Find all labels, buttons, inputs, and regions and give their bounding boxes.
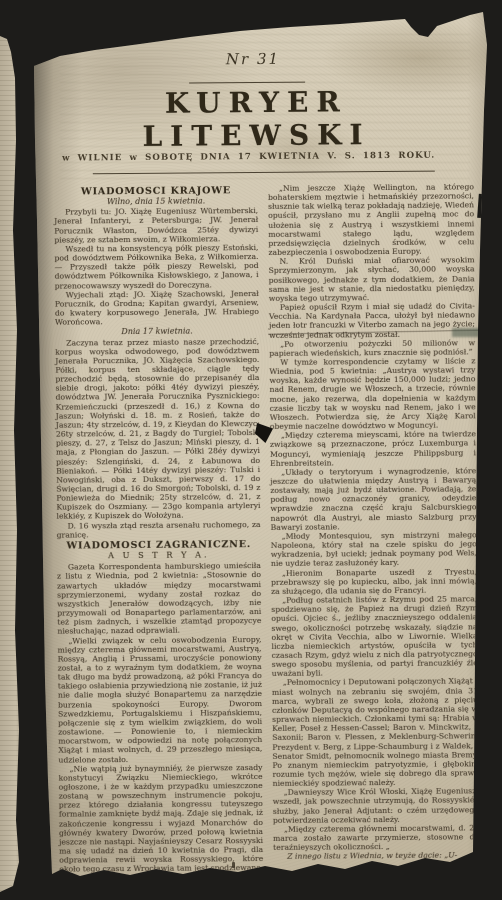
- paragraph: „Podług ostatnich listów z Rzymu pod 25 …: [271, 594, 478, 678]
- date-subheading: Dnia 17 kwietnia.: [55, 326, 259, 337]
- paragraph: Wszedł tu na konsystencyą półk pieszy Es…: [54, 243, 258, 290]
- paragraph: Zaczyna teraz przez miasto nasze przecho…: [55, 337, 260, 522]
- text-column-left: WIADOMOSCI KRAJOWEWilno, dnia 15 kwietni…: [54, 184, 264, 892]
- torn-edge-nick: [477, 194, 486, 218]
- paragraph: Wyjechali ztąd: JO. Xiążę Szachowski, Je…: [55, 289, 259, 327]
- text-columns: WIADOMOSCI KRAJOWEWilno, dnia 15 kwietni…: [54, 182, 480, 892]
- printers-mark: [232, 862, 235, 868]
- paragraph: „Wielki związek w celu oswobodzenia Euro…: [57, 634, 262, 764]
- text-column-right: „Nim jeszcze Xiążę Wellington, na któreg…: [268, 182, 480, 890]
- paragraph: „Pełnomocnicy i Deputowani połączonych X…: [272, 677, 479, 788]
- paragraph: W tymże korrespondencie czytamy w liście…: [269, 356, 476, 431]
- paragraph: Z innego listu z Wiednia, w teyże dacie:…: [273, 851, 479, 862]
- paragraph: „Po otworzeniu pożyczki 50 milionów w pa…: [269, 338, 475, 358]
- paragraph: „Między czterema mieyscami, które na twi…: [270, 430, 476, 468]
- paragraph: N. Król Duński miał ofiarować wysokim Sp…: [268, 256, 474, 303]
- paragraph: „Nim jeszcze Xiążę Wellington, na któreg…: [268, 182, 475, 257]
- date-subheading: Wilno, dnia 15 kwietnia.: [54, 196, 258, 207]
- paragraph: „Układy o terytoryum i wynagrodzenie, kt…: [270, 466, 476, 532]
- adjacent-page-edge: [0, 0, 26, 900]
- paragraph: „Hieronim Bonaparte uszedł z Tryestu, pr…: [271, 567, 477, 596]
- paragraph: „Młody Montesquiou, syn mistrzyni małego…: [271, 530, 477, 568]
- dateline: w WILNIE w SOBOTĘ DNIA 17 KWIETNIA V. S.…: [38, 150, 460, 163]
- stain-mark: [452, 328, 488, 337]
- paragraph: Przybyli tu: JO. Xiążę Eugeniusz Würtemb…: [54, 206, 258, 244]
- newspaper-title: KURYER LITEWSKI: [33, 84, 480, 154]
- country-subheading: A U S T R Y A.: [57, 550, 261, 561]
- divider-rule: [93, 171, 435, 175]
- issue-number: Nr 31: [37, 48, 469, 69]
- paragraph: „Dawnieyszy Wice Król Włoski, Xiążę Euge…: [273, 787, 479, 825]
- paragraph: „Między czterema głównemi mocarstwami, d…: [273, 823, 479, 852]
- scanned-newspaper-photo: { "colors": { "backdrop": "#1d1c1a", "pa…: [0, 0, 502, 900]
- paragraph: „Nie wątpią już bynaymniéy, że pierwsze …: [58, 763, 263, 893]
- section-heading: WIADOMOSCI KRAJOWE: [54, 186, 258, 197]
- paragraph: D. 16 wyszła ztąd reszta arsenału ruchom…: [57, 520, 261, 540]
- newspaper-page: Nr 31 KURYER LITEWSKI w WILNIE w SOBOTĘ …: [0, 0, 502, 900]
- printed-content: Nr 31 KURYER LITEWSKI w WILNIE w SOBOTĘ …: [0, 0, 502, 900]
- divider-rule: [189, 82, 305, 84]
- paragraph: Gazeta Korrespondenta hamburskiego umieś…: [57, 561, 262, 636]
